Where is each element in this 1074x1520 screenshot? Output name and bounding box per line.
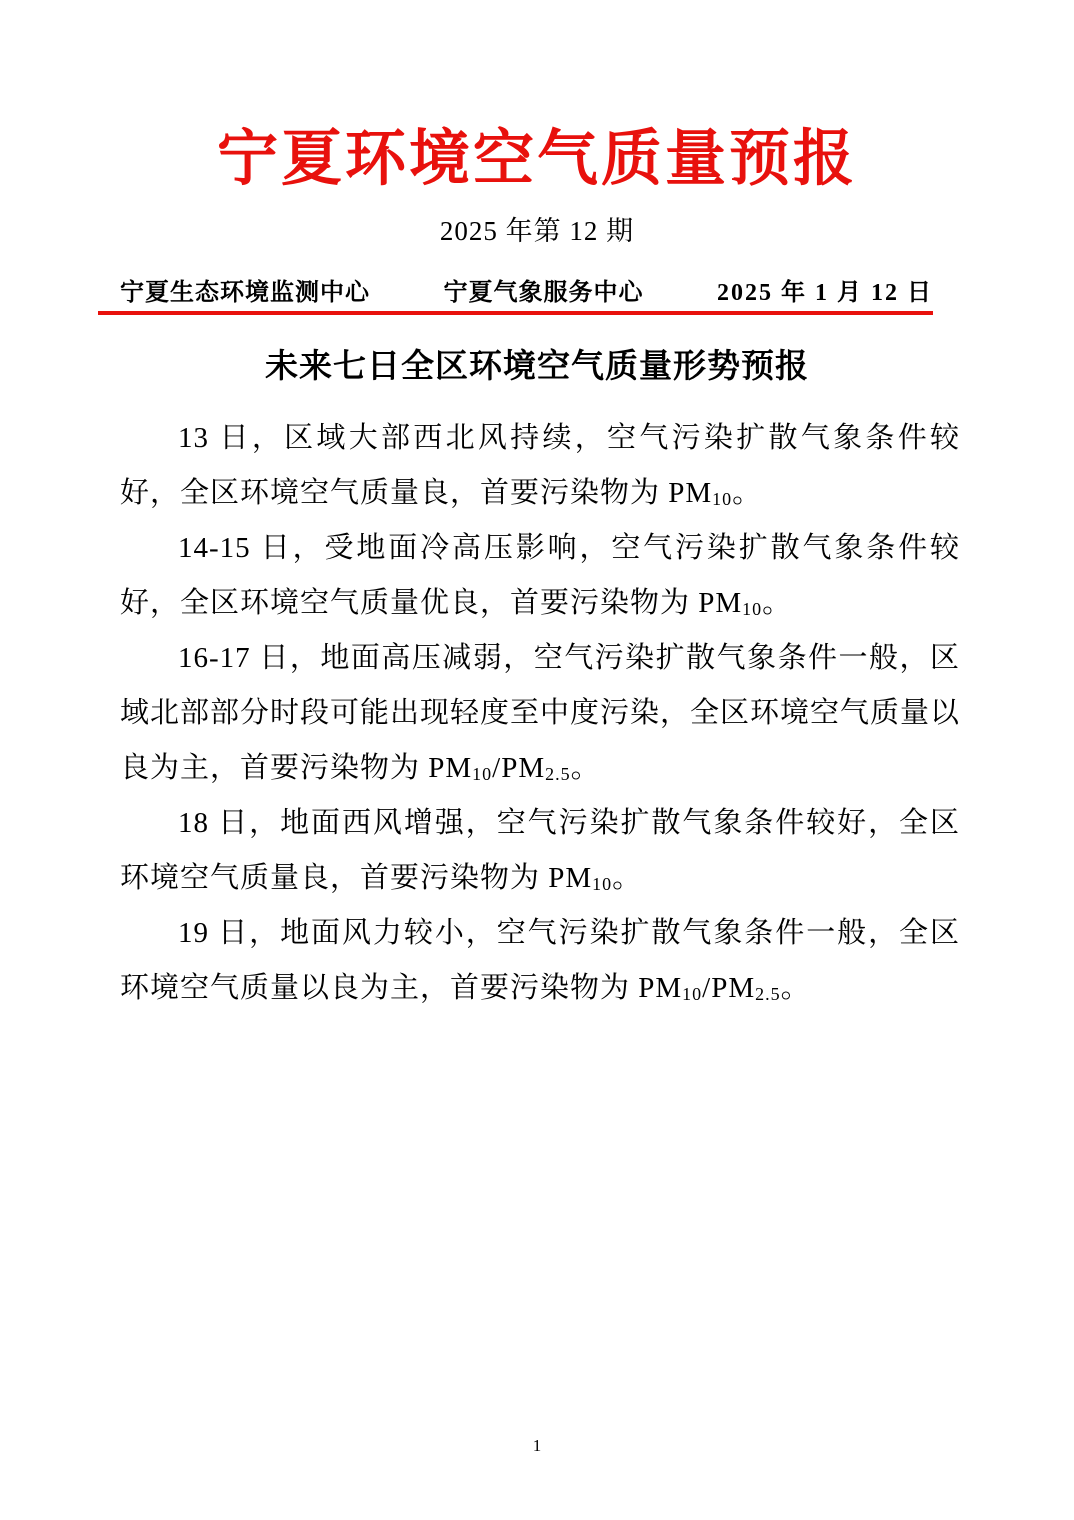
paragraph-text: 。 xyxy=(762,587,792,619)
pollutant-subscript: 2.5 xyxy=(545,764,570,784)
forecast-paragraphs: 13 日，区域大部西北风持续，空气污染扩散气象条件较好，全区环境空气质量良，首要… xyxy=(120,411,960,1016)
masthead-date: 2025 年 1 月 12 日 xyxy=(717,278,933,308)
pollutant-subscript: 10 xyxy=(742,599,762,619)
document-page: 宁夏环境空气质量预报 2025 年第 12 期 宁夏生态环境监测中心 宁夏气象服… xyxy=(0,0,1074,1520)
pollutant-subscript: 10 xyxy=(712,489,732,509)
forecast-paragraph: 19 日，地面风力较小，空气污染扩散气象条件一般，全区环境空气质量以良为主，首要… xyxy=(120,906,960,1016)
page-number: 1 xyxy=(0,1436,1074,1456)
issue-number: 2025 年第 12 期 xyxy=(0,214,1074,248)
paragraph-text: 。 xyxy=(571,752,601,784)
masthead: 宁夏生态环境监测中心 宁夏气象服务中心 2025 年 1 月 12 日 xyxy=(98,278,933,308)
paragraph-text: 14-15 日，受地面冷高压影响，空气污染扩散气象条件较好，全区环境空气质量优良… xyxy=(120,532,960,619)
masthead-org-weather-service-center: 宁夏气象服务中心 xyxy=(444,278,644,308)
paragraph-text: 。 xyxy=(781,972,811,1004)
paragraph-text: 。 xyxy=(732,477,762,509)
paragraph-text: 19 日，地面风力较小，空气污染扩散气象条件一般，全区环境空气质量以良为主，首要… xyxy=(120,917,960,1004)
section-title: 未来七日全区环境空气质量形势预报 xyxy=(0,346,1074,386)
paragraph-text: /PM xyxy=(702,972,755,1004)
document-title: 宁夏环境空气质量预报 xyxy=(0,0,1074,198)
pollutant-subscript: 10 xyxy=(592,874,612,894)
paragraph-text: 。 xyxy=(612,862,642,894)
paragraph-text: 18 日，地面西风增强，空气污染扩散气象条件较好，全区环境空气质量良，首要污染物… xyxy=(120,807,960,894)
forecast-paragraph: 13 日，区域大部西北风持续，空气污染扩散气象条件较好，全区环境空气质量良，首要… xyxy=(120,411,960,521)
forecast-paragraph: 14-15 日，受地面冷高压影响，空气污染扩散气象条件较好，全区环境空气质量优良… xyxy=(120,521,960,631)
pollutant-subscript: 10 xyxy=(472,764,492,784)
red-divider-rule xyxy=(98,311,933,315)
pollutant-subscript: 2.5 xyxy=(755,984,780,1004)
masthead-org-monitoring-center: 宁夏生态环境监测中心 xyxy=(98,278,370,308)
paragraph-text: /PM xyxy=(492,752,545,784)
pollutant-subscript: 10 xyxy=(682,984,702,1004)
forecast-paragraph: 16-17 日，地面高压减弱，空气污染扩散气象条件一般，区域北部部分时段可能出现… xyxy=(120,631,960,796)
forecast-paragraph: 18 日，地面西风增强，空气污染扩散气象条件较好，全区环境空气质量良，首要污染物… xyxy=(120,796,960,906)
paragraph-text: 13 日，区域大部西北风持续，空气污染扩散气象条件较好，全区环境空气质量良，首要… xyxy=(120,422,960,509)
